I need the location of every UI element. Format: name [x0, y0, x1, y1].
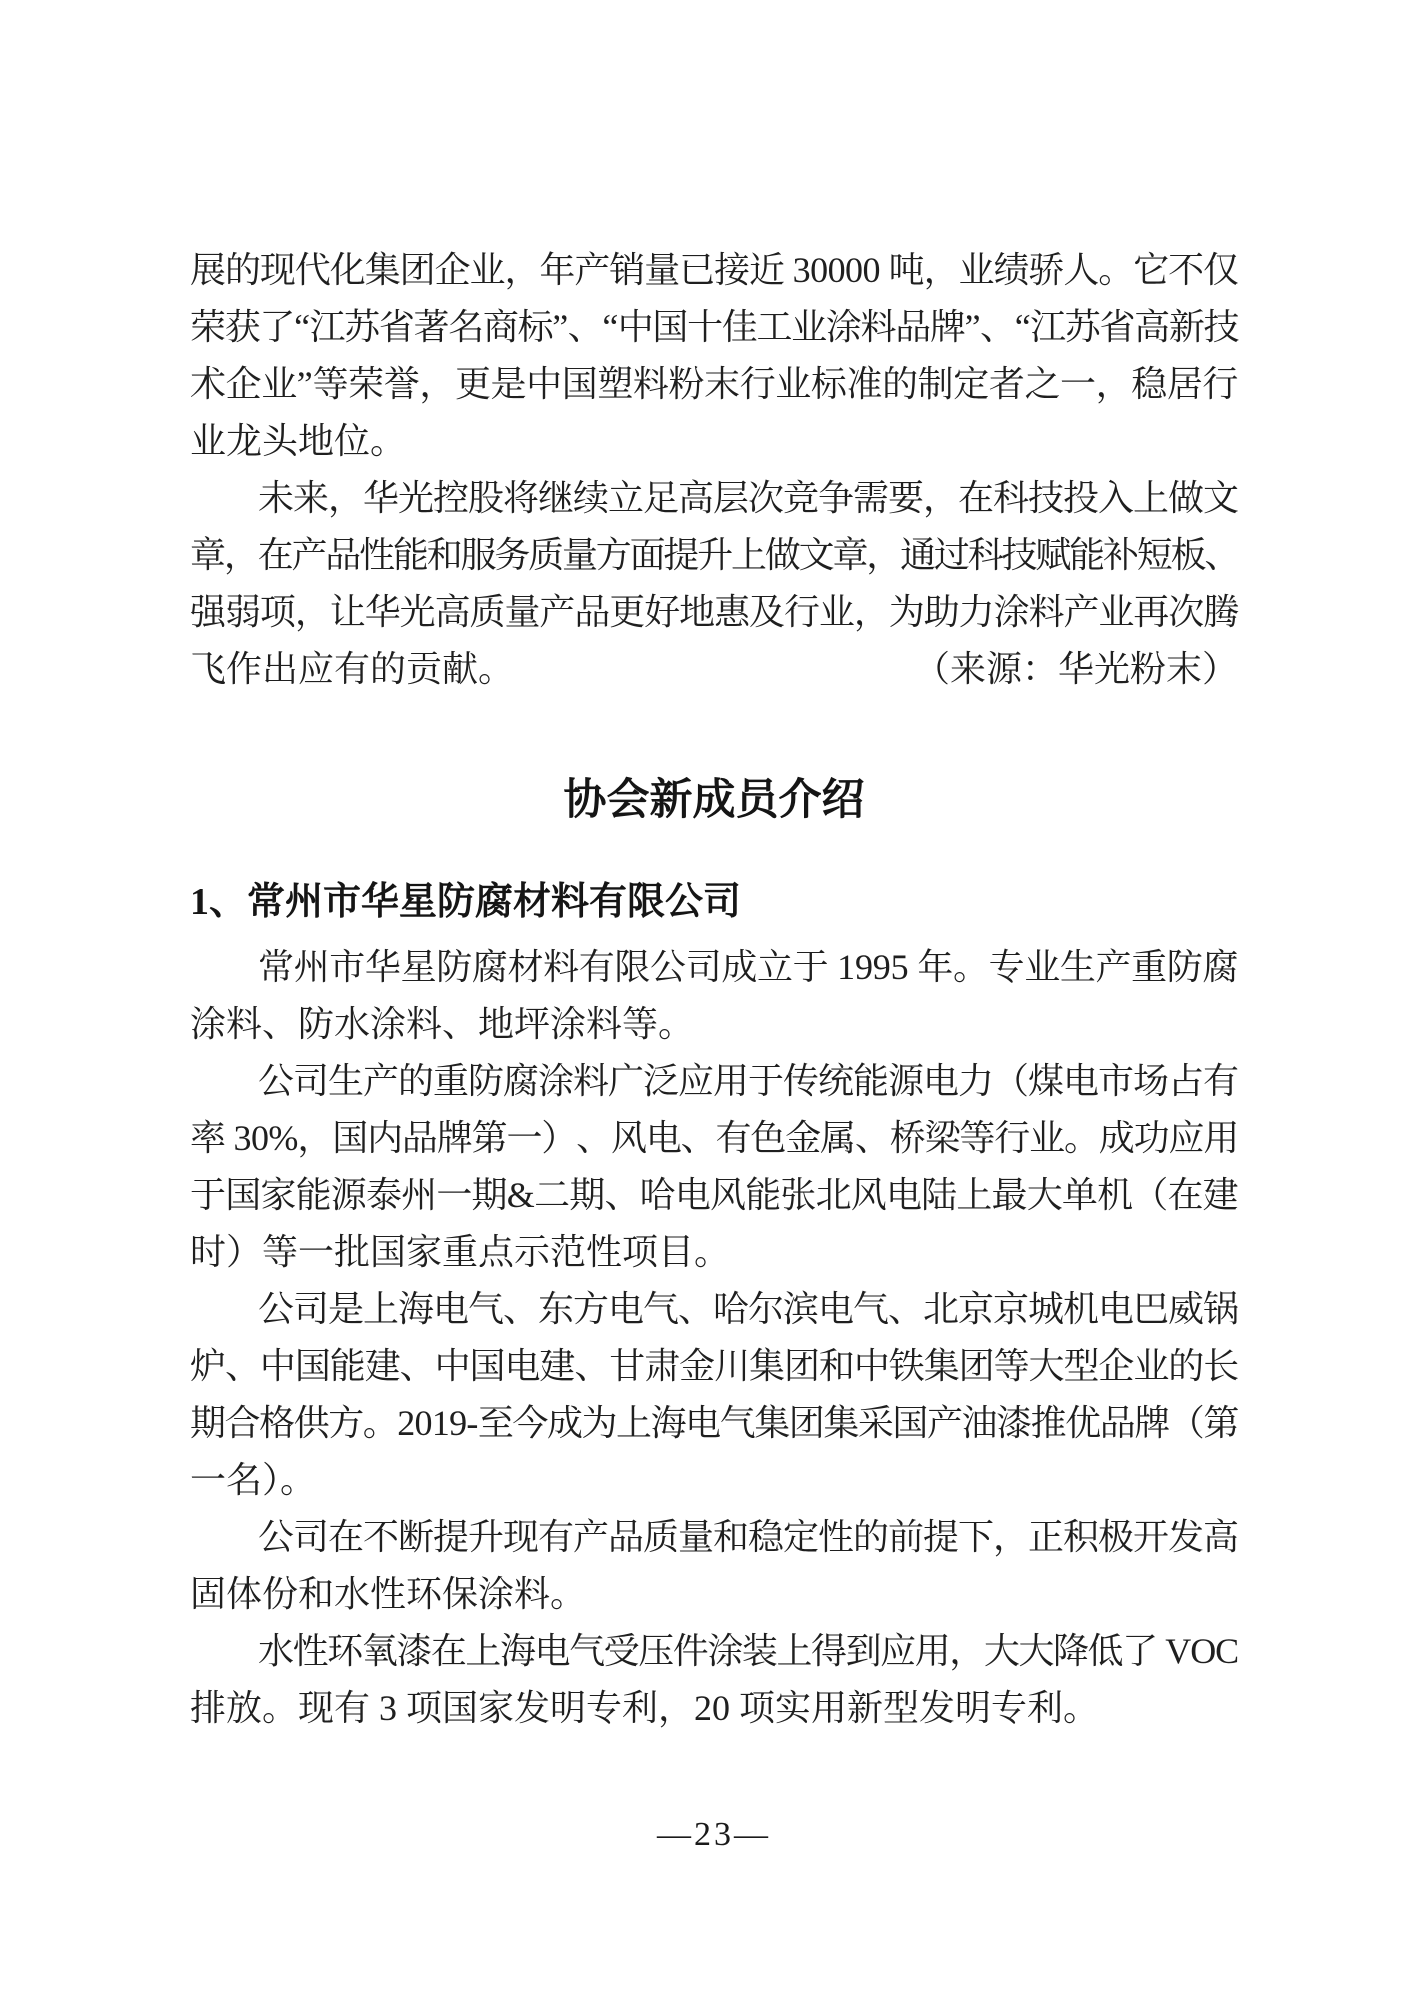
text-line: 业龙头地位。 — [190, 413, 1238, 470]
text-line: 章，在产品性能和服务质量方面提升上做文章，通过科技赋能补短板、 — [190, 527, 1238, 584]
paragraph-member-customers: 公司是上海电气、东方电气、哈尔滨电气、北京京城机电巴威锅 炉、中国能建、中国电建… — [190, 1281, 1238, 1509]
page-number: —23— — [190, 1813, 1238, 1857]
text-line: 未来，华光控股将继续立足高层次竞争需要，在科技投入上做文 — [190, 470, 1238, 527]
text-line: 公司在不断提升现有产品质量和稳定性的前提下，正积极开发高 — [190, 1509, 1238, 1566]
paragraph-article-continuation: 展的现代化集团企业，年产销量已接近 30000 吨，业绩骄人。它不仅 荣获了“江… — [190, 242, 1238, 470]
member-item-title: 1、常州市华星防腐材料有限公司 — [190, 874, 1238, 931]
source-attribution: （来源：华光粉末） — [914, 641, 1238, 698]
paragraph-article-closing: 未来，华光控股将继续立足高层次竞争需要，在科技投入上做文 章，在产品性能和服务质… — [190, 470, 1238, 698]
text-line: 公司是上海电气、东方电气、哈尔滨电气、北京京城机电巴威锅 — [190, 1281, 1238, 1338]
text-line: 展的现代化集团企业，年产销量已接近 30000 吨，业绩骄人。它不仅 — [190, 242, 1238, 299]
text-line: 于国家能源泰州一期&二期、哈电风能张北风电陆上最大单机（在建 — [190, 1167, 1238, 1224]
paragraph-member-products: 公司生产的重防腐涂料广泛应用于传统能源电力（煤电市场占有 率 30%，国内品牌第… — [190, 1053, 1238, 1281]
text-line: 水性环氧漆在上海电气受压件涂装上得到应用，大大降低了 VOC — [190, 1623, 1238, 1680]
text-line: 术企业”等荣誉，更是中国塑料粉末行业标准的制定者之一，稳居行 — [190, 356, 1238, 413]
page-content: 展的现代化集团企业，年产销量已接近 30000 吨，业绩骄人。它不仅 荣获了“江… — [190, 242, 1238, 1857]
paragraph-member-development: 公司在不断提升现有产品质量和稳定性的前提下，正积极开发高 固体份和水性环保涂料。 — [190, 1509, 1238, 1623]
text-line: 率 30%，国内品牌第一）、风电、有色金属、桥梁等行业。成功应用 — [190, 1110, 1238, 1167]
text-line: 公司生产的重防腐涂料广泛应用于传统能源电力（煤电市场占有 — [190, 1053, 1238, 1110]
text-line: 期合格供方。2019-至今成为上海电气集团集采国产油漆推优品牌（第 — [190, 1395, 1238, 1452]
text-line: 时）等一批国家重点示范性项目。 — [190, 1224, 1238, 1281]
text-line: 排放。现有 3 项国家发明专利，20 项实用新型发明专利。 — [190, 1680, 1238, 1737]
text-line: 一名）。 — [190, 1452, 1238, 1509]
document-page: 展的现代化集团企业，年产销量已接近 30000 吨，业绩骄人。它不仅 荣获了“江… — [0, 0, 1415, 2000]
text-line: 炉、中国能建、中国电建、甘肃金川集团和中铁集团等大型企业的长 — [190, 1338, 1238, 1395]
text-line-with-source: 飞作出应有的贡献。 （来源：华光粉末） — [190, 641, 1238, 698]
text-line: 固体份和水性环保涂料。 — [190, 1566, 1238, 1623]
paragraph-member-intro: 常州市华星防腐材料有限公司成立于 1995 年。专业生产重防腐 涂料、防水涂料、… — [190, 939, 1238, 1053]
paragraph-member-patents: 水性环氧漆在上海电气受压件涂装上得到应用，大大降低了 VOC 排放。现有 3 项… — [190, 1623, 1238, 1737]
section-heading: 协会新成员介绍 — [190, 770, 1238, 832]
text-line: 涂料、防水涂料、地坪涂料等。 — [190, 996, 1238, 1053]
text-line: 荣获了“江苏省著名商标”、“中国十佳工业涂料品牌”、“江苏省高新技 — [190, 299, 1238, 356]
text-line: 常州市华星防腐材料有限公司成立于 1995 年。专业生产重防腐 — [190, 939, 1238, 996]
text-line: 飞作出应有的贡献。 — [190, 641, 514, 698]
text-line: 强弱项，让华光高质量产品更好地惠及行业，为助力涂料产业再次腾 — [190, 584, 1238, 641]
